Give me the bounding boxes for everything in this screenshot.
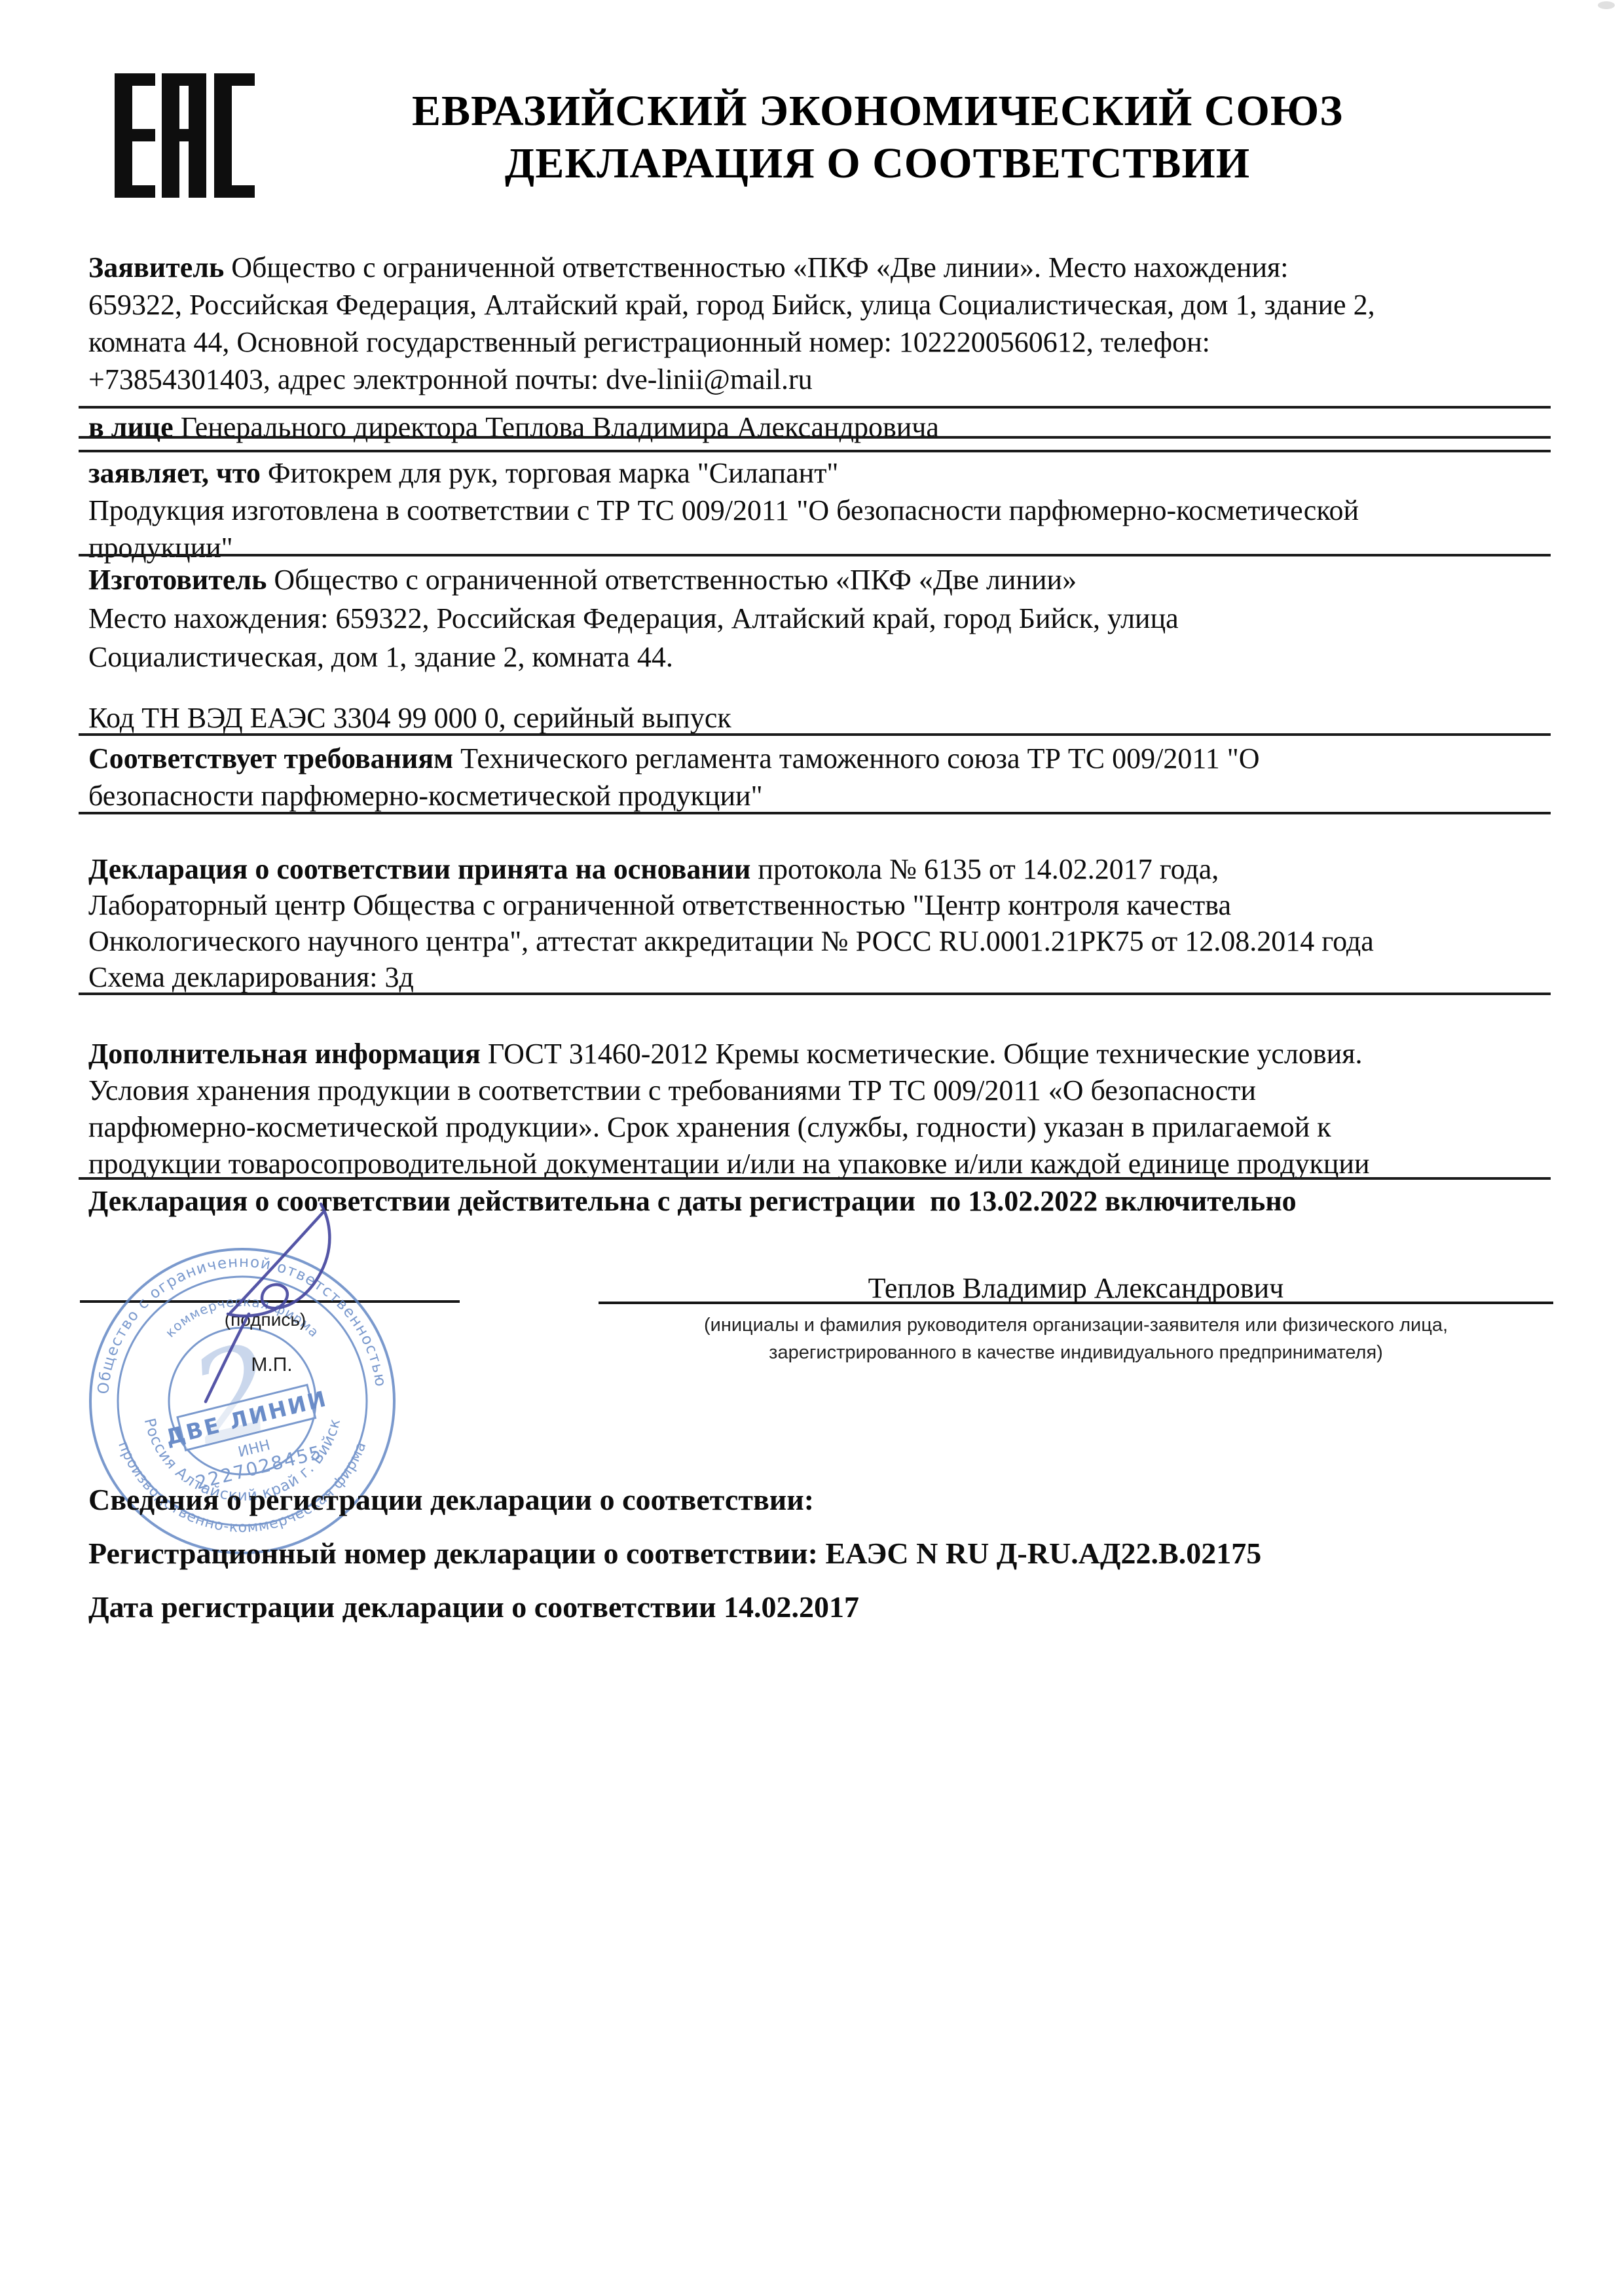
represented-by-section: в лице Генерального директора Теплова Вл… <box>88 409 1581 446</box>
divider <box>79 436 1551 439</box>
registration-number-line: Регистрационный номер декларации о соотв… <box>88 1535 1581 1572</box>
declares-text: Фитокрем для рук, торговая марка "Силапа… <box>88 457 1359 564</box>
complies-label: Соответствует требованиям <box>88 742 453 774</box>
title-line-2: ДЕКЛАРАЦИЯ О СООТВЕТСТВИИ <box>196 137 1559 190</box>
adopted-basis-label: Декларация о соответствии принята на осн… <box>88 853 750 885</box>
registration-date-text: Дата регистрации декларации о соответств… <box>88 1590 859 1624</box>
head-caption-line-2: зарегистрированного в качестве индивидуа… <box>599 1342 1553 1364</box>
divider <box>79 1177 1551 1180</box>
registration-date-line: Дата регистрации декларации о соответств… <box>88 1588 1581 1626</box>
registration-header: Сведения о регистрации декларации о соот… <box>88 1481 1581 1518</box>
head-name: Теплов Владимир Александрович <box>599 1271 1553 1305</box>
divider <box>79 450 1551 452</box>
divider <box>79 812 1551 814</box>
declares-section: заявляет, что Фитокрем для рук, торговая… <box>88 454 1581 566</box>
manufacturer-label: Изготовитель <box>88 564 267 596</box>
scan-artifact <box>1598 1 1615 9</box>
divider <box>79 993 1551 995</box>
complies-section: Соответствует требованиям Технического р… <box>88 740 1581 814</box>
registration-header-text: Сведения о регистрации декларации о соот… <box>88 1483 814 1516</box>
document-title: ЕВРАЗИЙСКИЙ ЭКОНОМИЧЕСКИЙ СОЮЗ ДЕКЛАРАЦИ… <box>196 85 1559 190</box>
declares-label: заявляет, что <box>88 457 261 489</box>
title-line-1: ЕВРАЗИЙСКИЙ ЭКОНОМИЧЕСКИЙ СОЮЗ <box>196 85 1559 137</box>
manufacturer-section: Изготовитель Общество с ограниченной отв… <box>88 560 1581 676</box>
adopted-basis-section: Декларация о соответствии принята на осн… <box>88 851 1581 995</box>
registration-number-text: Регистрационный номер декларации о соотв… <box>88 1537 1261 1570</box>
applicant-section: Заявитель Общество с ограниченной ответс… <box>88 249 1581 398</box>
applicant-text: Общество с ограниченной ответственностью… <box>88 251 1375 395</box>
additional-info-label: Дополнительная информация <box>88 1038 481 1070</box>
divider <box>79 733 1551 736</box>
divider <box>79 554 1551 556</box>
tnved-code-line: Код ТН ВЭД ЕАЭС 3304 99 000 0, серийный … <box>88 699 1581 737</box>
tnved-code-text: Код ТН ВЭД ЕАЭС 3304 99 000 0, серийный … <box>88 702 731 734</box>
applicant-label: Заявитель <box>88 251 224 283</box>
additional-info-section: Дополнительная информация ГОСТ 31460-201… <box>88 1036 1581 1182</box>
handwritten-signature <box>151 1188 347 1411</box>
head-caption-line-1: (инициалы и фамилия руководителя организ… <box>599 1315 1553 1336</box>
document-page: ЕВРАЗИЙСКИЙ ЭКОНОМИЧЕСКИЙ СОЮЗ ДЕКЛАРАЦИ… <box>0 0 1624 2296</box>
